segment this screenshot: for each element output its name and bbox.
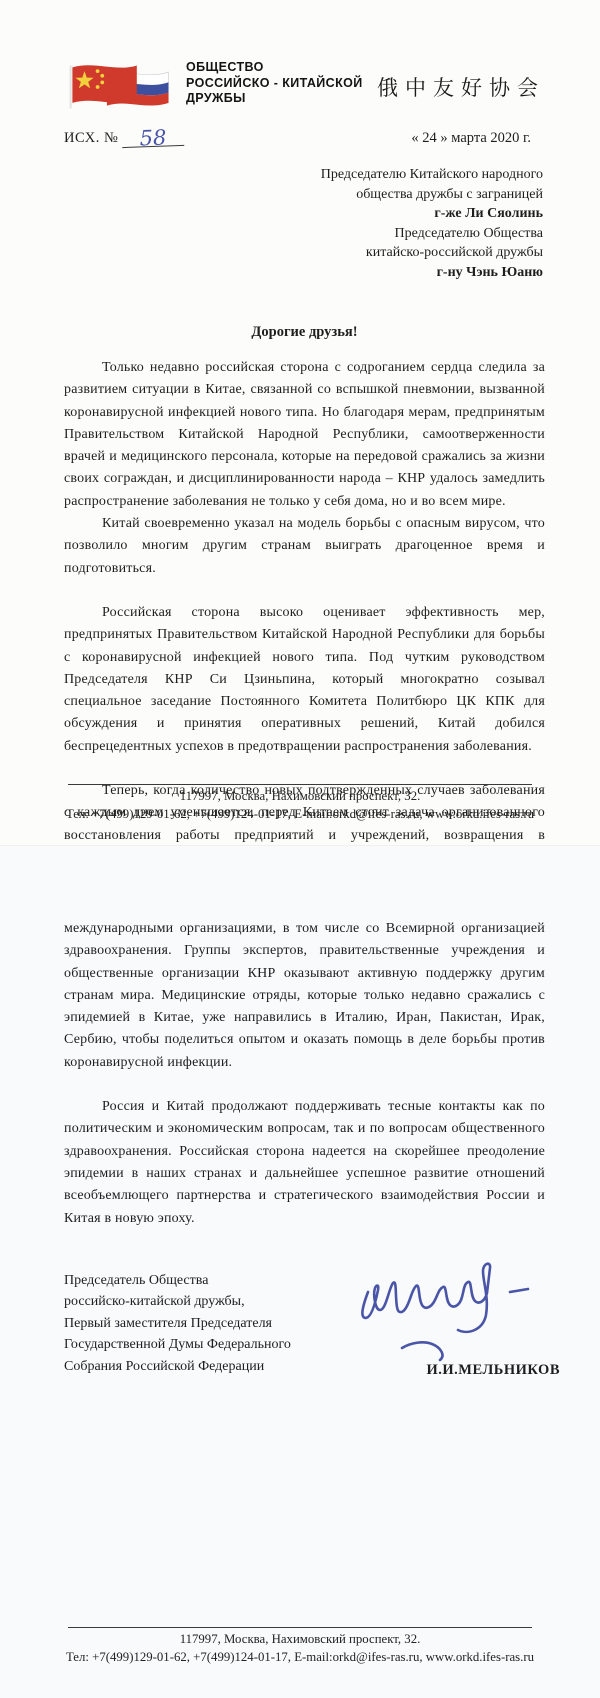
recipient-line: общества дружбы с заграницей: [64, 185, 543, 205]
signer-name: И.И.МЕЛЬНИКОВ: [426, 1362, 560, 1379]
footer-rule: [68, 784, 532, 785]
china-russia-flags-logo: [64, 58, 176, 116]
footer-contacts: Тел: +7(499)129-01-62, +7(499)124-01-17,…: [38, 806, 562, 824]
footer-rule: [68, 1627, 532, 1628]
handwritten-signature: [350, 1252, 550, 1362]
signer-title-line: Председатель Общества: [64, 1270, 291, 1292]
footer-address: 117997, Москва, Нахимовский проспект, 32…: [38, 1631, 562, 1649]
recipient-line: Председателю Общества: [64, 224, 543, 244]
letter-page-1: ОБЩЕСТВО РОССИЙСКО - КИТАЙСКОЙ ДРУЖБЫ 俄中…: [0, 0, 600, 845]
reference-row: ИСХ. № 58 « 24 » марта 2020 г.: [64, 130, 545, 147]
org-name-line3: ДРУЖБЫ: [186, 91, 363, 107]
paragraph-1: Только недавно российская сторона с содр…: [64, 357, 545, 513]
signer-title-line: Собрания Российской Федерации: [64, 1356, 291, 1378]
page2-footer: 117997, Москва, Нахимовский проспект, 32…: [38, 1627, 562, 1666]
page1-footer: 117997, Москва, Нахимовский проспект, 32…: [38, 784, 562, 823]
letterhead: ОБЩЕСТВО РОССИЙСКО - КИТАЙСКОЙ ДРУЖБЫ 俄中…: [0, 0, 600, 282]
letter-date: « 24 » марта 2020 г.: [411, 130, 531, 147]
china-flag-icon: [70, 65, 137, 108]
recipient-block: Председателю Китайского народного общест…: [64, 165, 545, 282]
footer-contacts: Тел: +7(499)129-01-62, +7(499)124-01-17,…: [38, 1649, 562, 1667]
scanned-letter: ОБЩЕСТВО РОССИЙСКО - КИТАЙСКОЙ ДРУЖБЫ 俄中…: [0, 0, 600, 1698]
paragraph-6: международными организациями, в том числ…: [64, 918, 545, 1074]
org-name-line1: ОБЩЕСТВО: [186, 60, 363, 76]
signer-title-line: российско-китайской дружбы,: [64, 1291, 291, 1313]
signer-title-line: Первый заместителя Председателя: [64, 1313, 291, 1335]
org-name-chinese: 俄中友好协会: [377, 58, 545, 102]
letter-body-page2: международными организациями, в том числ…: [0, 846, 600, 1230]
paragraph-2: Китай своевременно указал на модель борь…: [64, 513, 545, 580]
recipient-name-li-xiaolin: г-же Ли Сяолинь: [64, 204, 543, 224]
paragraph-3: Российская сторона высоко оценивает эффе…: [64, 602, 545, 758]
greeting: Дорогие друзья!: [64, 324, 545, 341]
paragraph-7: Россия и Китай продолжают поддерживать т…: [64, 1096, 545, 1230]
signer-titles: Председатель Общества российско-китайско…: [64, 1270, 291, 1378]
recipient-line: китайско-российской дружбы: [64, 243, 543, 263]
outgoing-number-handwritten: 58: [122, 129, 185, 148]
recipient-line: Председателю Китайского народного: [64, 165, 543, 185]
recipient-name-chen-yuan: г-ну Чэнь Юаню: [64, 263, 543, 283]
signature-area: И.И.МЕЛЬНИКОВ: [340, 1270, 560, 1378]
org-name-line2: РОССИЙСКО - КИТАЙСКОЙ: [186, 76, 363, 92]
outgoing-number-label: ИСХ. №: [64, 130, 118, 147]
org-name: ОБЩЕСТВО РОССИЙСКО - КИТАЙСКОЙ ДРУЖБЫ: [186, 58, 363, 107]
footer-address: 117997, Москва, Нахимовский проспект, 32…: [38, 788, 562, 806]
signer-title-line: Государственной Думы Федерального: [64, 1334, 291, 1356]
signature-block: Председатель Общества российско-китайско…: [0, 1270, 600, 1378]
letter-page-2: международными организациями, в том числ…: [0, 845, 600, 1698]
